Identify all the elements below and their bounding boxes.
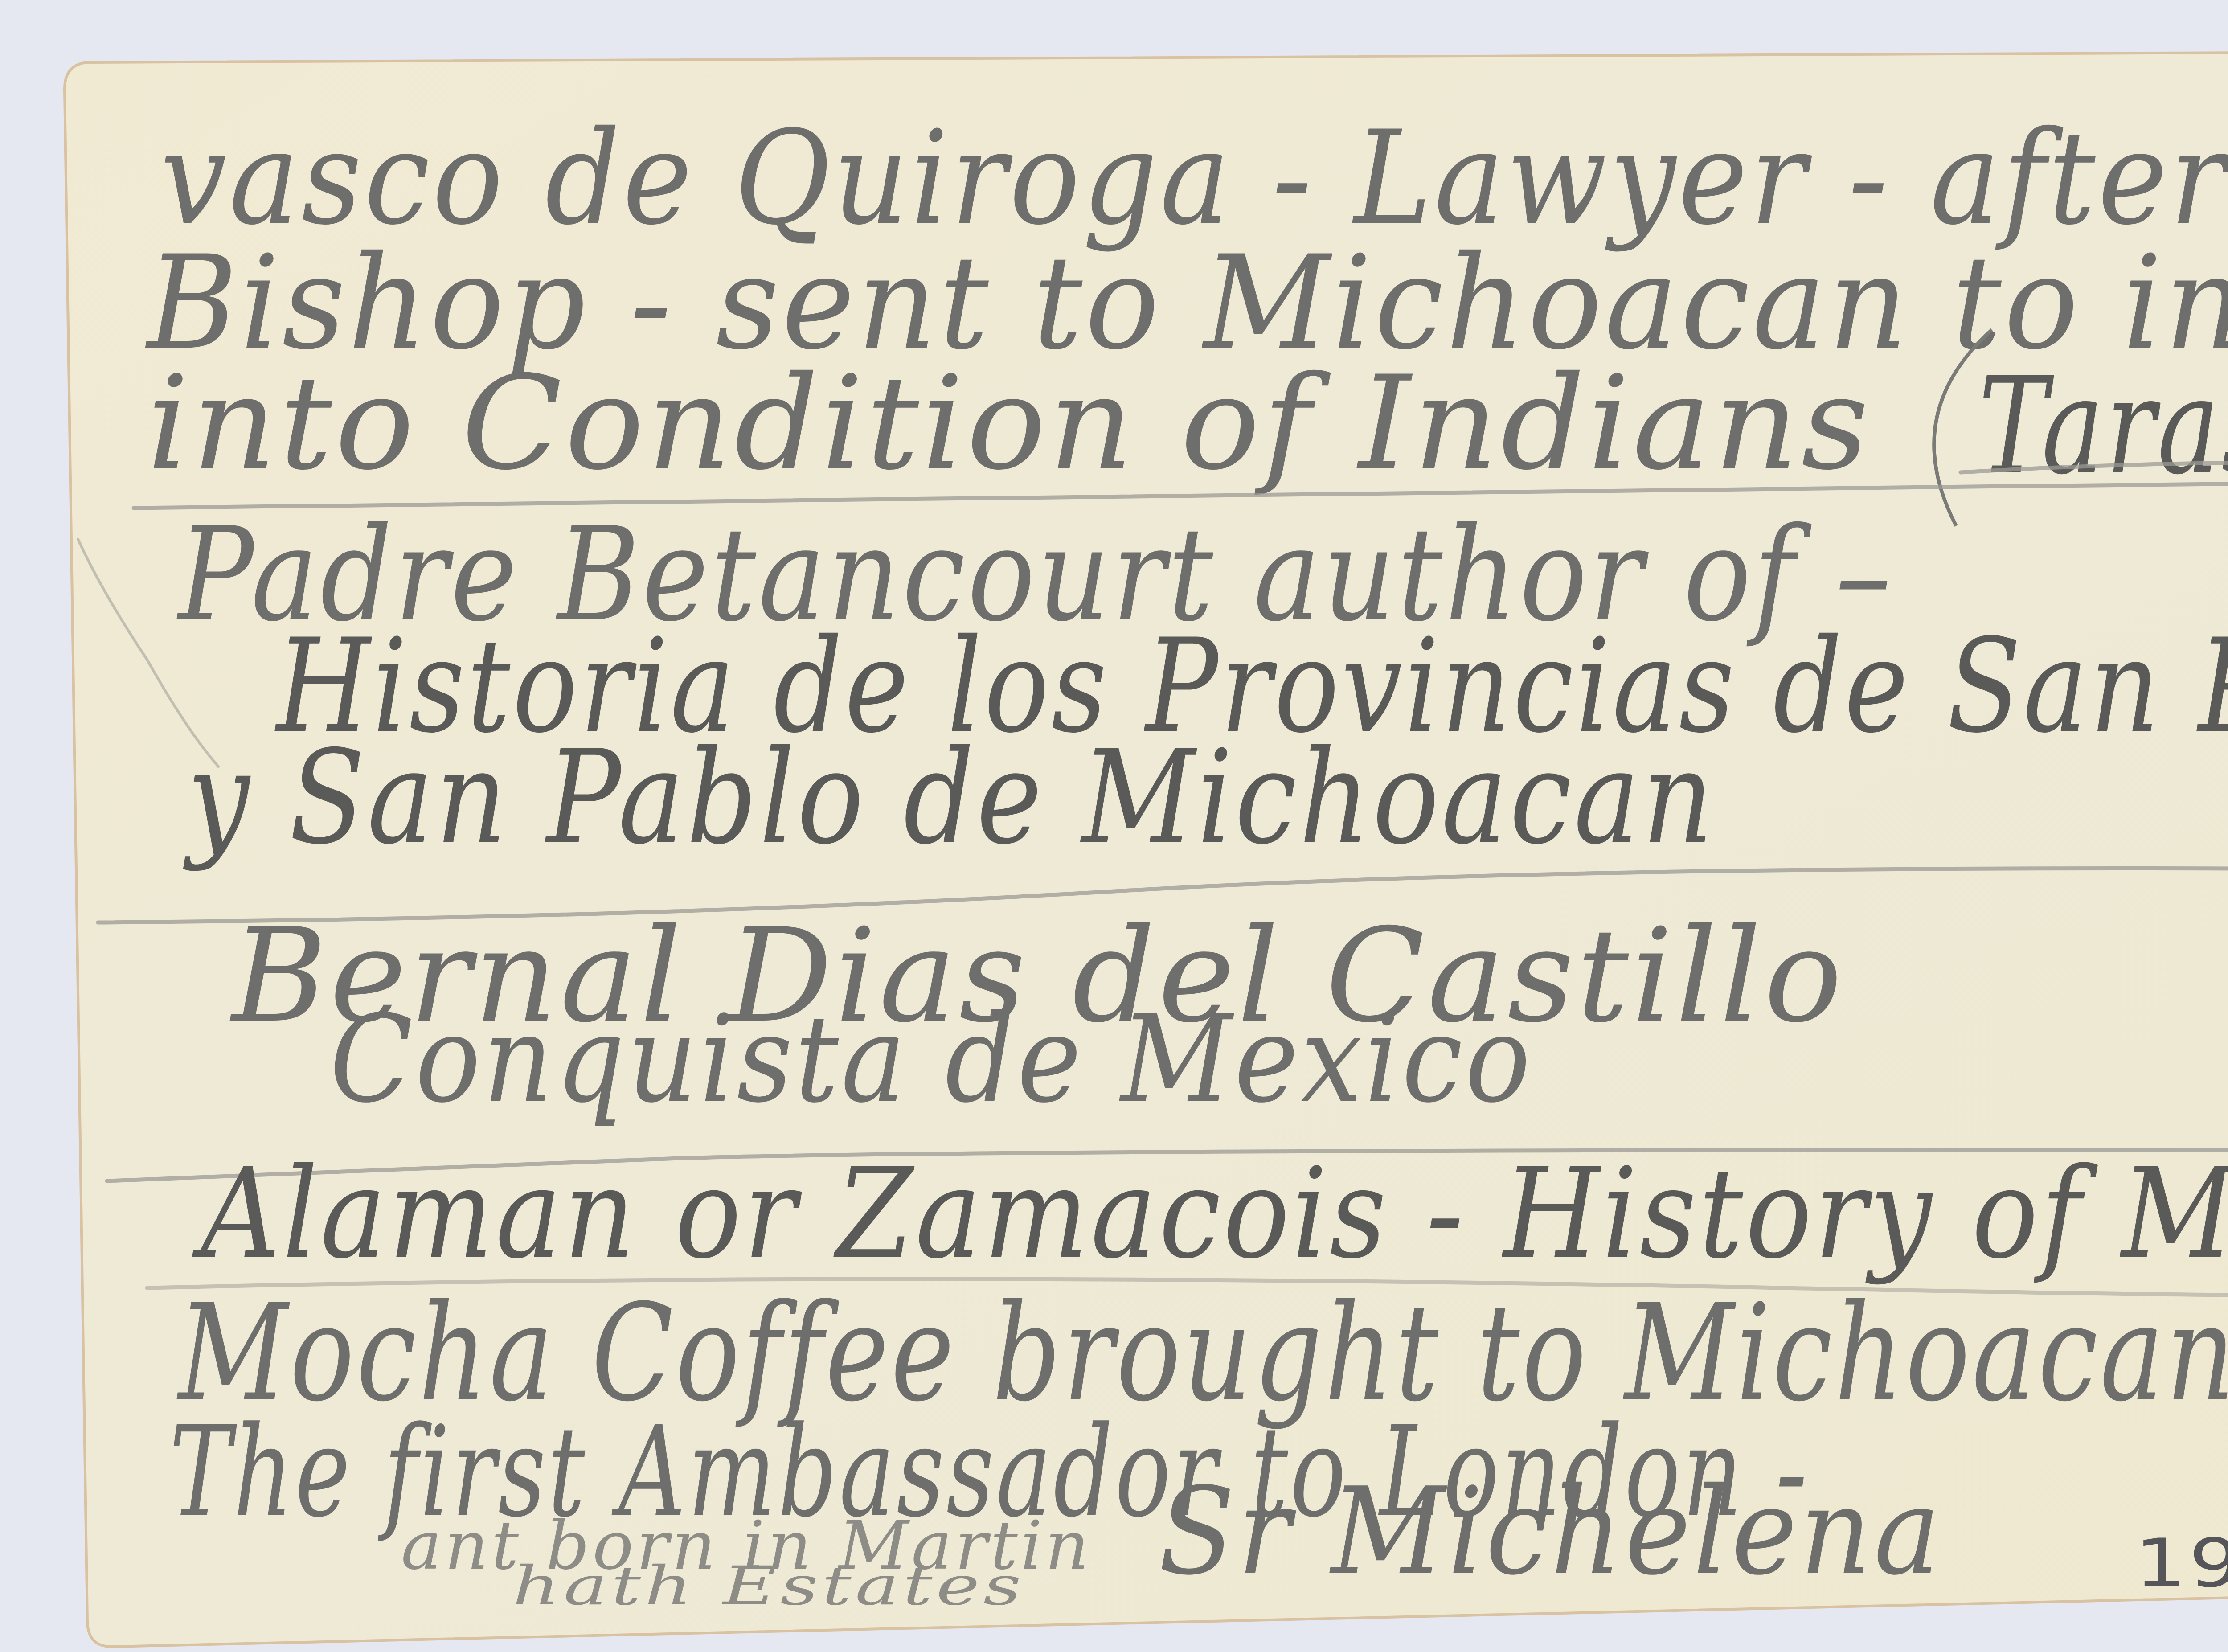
entry-alaman: Alaman or Zamacois - History of Mexico [192, 1141, 2228, 1287]
name-michelena: Sr Michelena [1159, 1461, 1943, 1602]
parenthetical-tarasco: Tarasco [1978, 348, 2228, 504]
entry-4-line-1: Alaman or Zamacois - History of Mexico [192, 1141, 2228, 1287]
entry-3-line-2: Conquista de Mexico [330, 989, 1533, 1129]
entry-2-line-3: y San Pablo de Michoacan [182, 723, 1716, 873]
catalog-number: 1917-4-1382 [2134, 1525, 2228, 1603]
entry-1-line-3: into Condition of Indians [147, 348, 1872, 499]
marginal-note-line-2: hath Estates [512, 1555, 1025, 1617]
note-card-scan: vasco de Quiroga - Lawyer - afterwards B… [0, 0, 2228, 1652]
